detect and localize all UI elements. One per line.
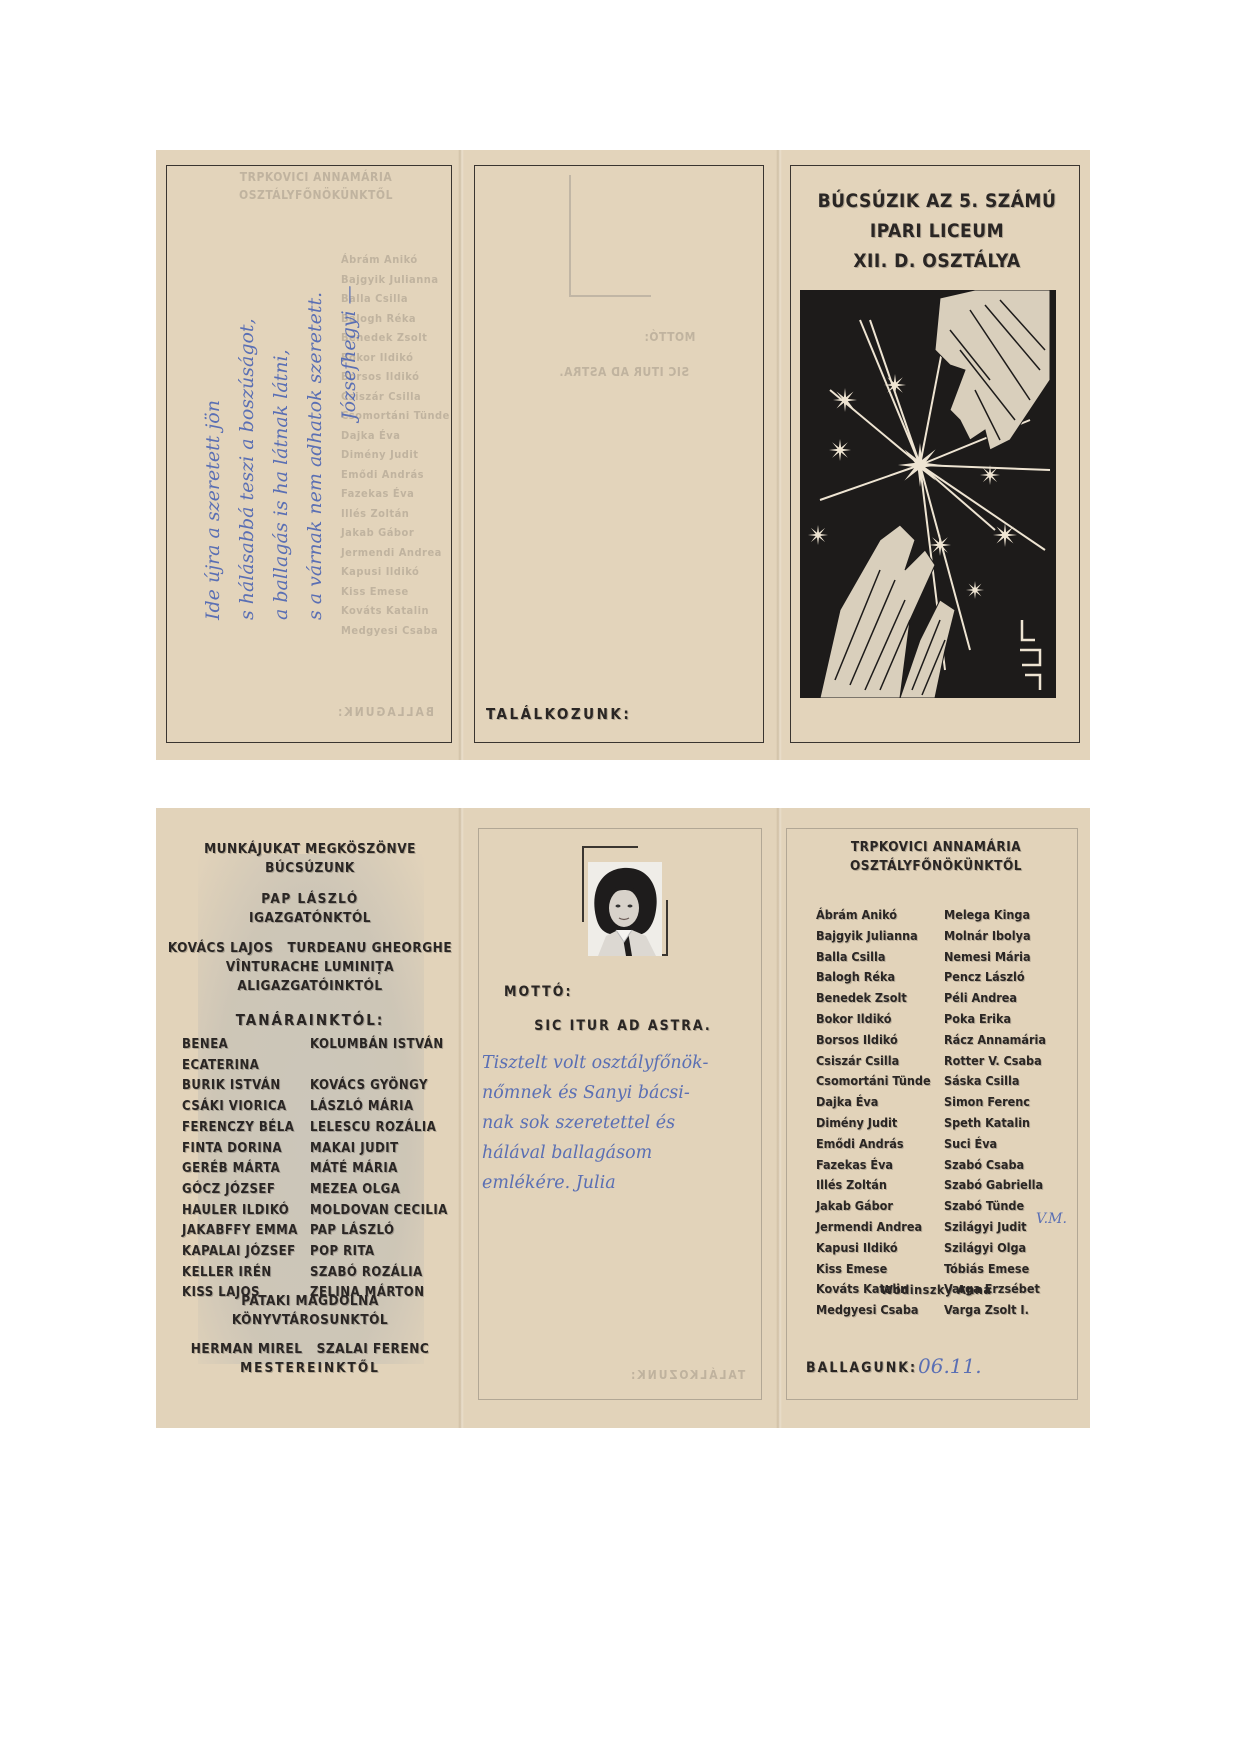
bleed-through-photo-frame bbox=[569, 175, 651, 297]
invitation-outside-scan: TRPKOVICI ANNAMÁRIA OSZTÁLYFŐNÖKÜNKTŐL Á… bbox=[156, 150, 1090, 760]
student-name: Kiss Emese bbox=[816, 1259, 944, 1280]
student-name: Speth Katalin bbox=[944, 1113, 1072, 1134]
teacher-name: LELESCU ROZÁLIA bbox=[310, 1118, 450, 1139]
bleed-through-motto-label: MOTTÓ: bbox=[644, 330, 695, 344]
teacher-name: FINTA DORINA bbox=[182, 1139, 310, 1160]
student-name: Balla Csilla bbox=[816, 947, 944, 968]
cover-title-line: BÚCSÚZIK AZ 5. SZÁMÚ bbox=[792, 186, 1082, 216]
student-name: Csiszár Csilla bbox=[816, 1051, 944, 1072]
masters-role: MESTEREINKTŐL bbox=[156, 1359, 464, 1378]
motto-label: MOTTÓ: bbox=[504, 984, 573, 1000]
student-name: Bajgyik Julianna bbox=[816, 926, 944, 947]
student-name: Emődi András bbox=[816, 1134, 944, 1155]
student-name: Jakab Gábor bbox=[816, 1196, 944, 1217]
stars-and-hands-icon bbox=[800, 290, 1056, 698]
student-name: Dajka Éva bbox=[816, 1092, 944, 1113]
librarian-name: PATAKI MAGDOLNA bbox=[156, 1292, 464, 1311]
portrait-photo-frame bbox=[582, 846, 668, 956]
bleed-through-footer: TALÁLKOZUNK: bbox=[629, 1368, 745, 1382]
handwritten-line: s a várnak nem adhatok szeretett. bbox=[298, 190, 332, 620]
head-teacher-name: TRPKOVICI ANNAMÁRIA bbox=[782, 838, 1090, 857]
handwritten-note: Ide újra a szeretett jön s hálásabbá tes… bbox=[196, 190, 366, 620]
student-name: Poka Erika bbox=[944, 1009, 1072, 1030]
student-name: Szabó Csaba bbox=[944, 1155, 1072, 1176]
teacher-name: FERENCZY BÉLA bbox=[182, 1118, 310, 1139]
handwritten-line: nőmnek és Sanyi bácsi- bbox=[482, 1078, 772, 1108]
teacher-name: HAULER ILDIKÓ bbox=[182, 1201, 310, 1222]
student-name: Illés Zoltán bbox=[816, 1175, 944, 1196]
student-name: Melega Kinga bbox=[944, 905, 1072, 926]
student-name: Csomortáni Tünde bbox=[816, 1071, 944, 1092]
last-student: Wodinszky Anna bbox=[782, 1282, 1090, 1297]
handwritten-line: nak sok szeretettel és bbox=[482, 1108, 772, 1138]
motto-text: SIC ITUR AD ASTRA. bbox=[464, 1018, 782, 1034]
ghost-line: TRPKOVICI ANNAMÁRIA bbox=[216, 168, 416, 186]
student-name: Jermendi Andrea bbox=[816, 1217, 944, 1238]
student-name: Nemesi Mária bbox=[944, 947, 1072, 968]
masters-names: HERMAN MIREL SZALAI FERENC bbox=[156, 1340, 464, 1359]
cover-title-line: XII. D. OSZTÁLYA bbox=[792, 246, 1082, 276]
handwritten-line: a ballagás is ha látnak látni, bbox=[264, 190, 298, 620]
teacher-name: KOVÁCS GYÖNGY bbox=[310, 1076, 450, 1097]
teacher-name: MAKAI JUDIT bbox=[310, 1139, 450, 1160]
portrait-icon bbox=[588, 862, 662, 956]
top-middle-panel: MOTTÓ: SIC ITUR AD ASTRA. TALÁLKOZUNK: bbox=[464, 150, 782, 760]
top-left-panel: TRPKOVICI ANNAMÁRIA OSZTÁLYFŐNÖKÜNKTŐL Á… bbox=[156, 150, 464, 760]
handwritten-line: Ide újra a szeretett jön bbox=[196, 190, 230, 620]
student-name: Fazekas Éva bbox=[816, 1155, 944, 1176]
cover-title: BÚCSÚZIK AZ 5. SZÁMÚ IPARI LICEUM XII. D… bbox=[792, 186, 1082, 276]
teachers-heading: TANÁRAINKTÓL: bbox=[156, 1011, 464, 1030]
student-name: Molnár Ibolya bbox=[944, 926, 1072, 947]
teacher-name: MEZEA OLGA bbox=[310, 1180, 450, 1201]
handwritten-line: s hálásabbá teszi a boszúságot, bbox=[230, 190, 264, 620]
meeting-label: TALÁLKOZUNK: bbox=[486, 705, 631, 723]
student-name: Szilágyi Olga bbox=[944, 1238, 1072, 1259]
student-name: Benedek Zsolt bbox=[816, 988, 944, 1009]
teacher-name: KAPALAI JÓZSEF bbox=[182, 1242, 310, 1263]
portrait-photo bbox=[588, 862, 662, 956]
deputy-role: ALIGAZGATÓINKTÓL bbox=[156, 977, 464, 996]
student-name: Balogh Réka bbox=[816, 967, 944, 988]
bottom-middle-panel: MOTTÓ: SIC ITUR AD ASTRA. Tisztelt volt … bbox=[464, 808, 782, 1428]
teacher-name: GERÉB MÁRTA bbox=[182, 1159, 310, 1180]
cover-title-line: IPARI LICEUM bbox=[792, 216, 1082, 246]
student-name: Varga Zsolt I. bbox=[944, 1300, 1072, 1321]
teacher-name: KELLER IRÉN bbox=[182, 1263, 310, 1284]
teacher-name: POP RITA bbox=[310, 1242, 450, 1263]
student-name: Sáska Csilla bbox=[944, 1071, 1072, 1092]
teacher-name: SZABÓ ROZÁLIA bbox=[310, 1263, 450, 1284]
handwritten-signature: Józsefhegyi — bbox=[332, 190, 366, 620]
head-teacher-role: OSZTÁLYFŐNÖKÜNKTŐL bbox=[782, 857, 1090, 876]
students-list: Ábrám AnikóMelega KingaBajgyik JuliannaM… bbox=[816, 905, 1076, 1321]
handwritten-line: hálával ballagásom bbox=[482, 1138, 772, 1168]
teacher-name: JAKABFFY EMMA bbox=[182, 1221, 310, 1242]
teachers-list: BENEA ECATERINAKOLUMBÁN ISTVÁNBURIK ISTV… bbox=[182, 1035, 452, 1304]
thanks-heading: MUNKÁJUKAT MEGKÖSZÖNVE BÚCSÚZUNK bbox=[156, 840, 464, 878]
top-right-panel: BÚCSÚZIK AZ 5. SZÁMÚ IPARI LICEUM XII. D… bbox=[782, 150, 1090, 760]
student-name: Suci Éva bbox=[944, 1134, 1072, 1155]
teacher-name: LÁSZLÓ MÁRIA bbox=[310, 1097, 450, 1118]
teacher-name: PAP LÁSZLÓ bbox=[310, 1221, 450, 1242]
deputy-names: KOVÁCS LAJOS TURDEANU GHEORGHE bbox=[156, 939, 464, 958]
librarian-role: KÖNYVTÁROSUNKTÓL bbox=[156, 1311, 464, 1330]
graduation-label: BALLAGUNK: bbox=[806, 1360, 917, 1376]
student-name: Péli Andrea bbox=[944, 988, 1072, 1009]
teacher-name: BENEA ECATERINA bbox=[182, 1035, 310, 1076]
student-name: Tóbiás Emese bbox=[944, 1259, 1072, 1280]
heading-line: BÚCSÚZUNK bbox=[156, 859, 464, 878]
teacher-name: MOLDOVAN CECILIA bbox=[310, 1201, 450, 1222]
handwritten-line: emlékére. Julia bbox=[482, 1168, 772, 1198]
director-name: PAP LÁSZLÓ bbox=[156, 890, 464, 909]
student-name: Dimény Judit bbox=[816, 1113, 944, 1134]
bottom-right-panel: TRPKOVICI ANNAMÁRIA OSZTÁLYFŐNÖKÜNKTŐL Á… bbox=[782, 808, 1090, 1428]
invitation-inside-scan: MUNKÁJUKAT MEGKÖSZÖNVE BÚCSÚZUNK PAP LÁS… bbox=[156, 808, 1090, 1428]
bottom-left-panel: MUNKÁJUKAT MEGKÖSZÖNVE BÚCSÚZUNK PAP LÁS… bbox=[156, 808, 464, 1428]
teacher-name: BURIK ISTVÁN bbox=[182, 1076, 310, 1097]
student-name: Rotter V. Csaba bbox=[944, 1051, 1072, 1072]
teacher-name: GÓCZ JÓZSEF bbox=[182, 1180, 310, 1201]
student-name: Rácz Annamária bbox=[944, 1030, 1072, 1051]
teacher-name: KOLUMBÁN ISTVÁN bbox=[310, 1035, 450, 1076]
director-role: IGAZGATÓNKTÓL bbox=[156, 909, 464, 928]
student-name: Borsos Ildikó bbox=[816, 1030, 944, 1051]
student-name: Szabó Gabriella bbox=[944, 1175, 1072, 1196]
student-name: Simon Ferenc bbox=[944, 1092, 1072, 1113]
teacher-name: CSÁKI VIORICA bbox=[182, 1097, 310, 1118]
handwritten-mark: V.M. bbox=[1036, 1211, 1067, 1227]
bleed-through-motto: SIC ITUR AD ASTRA. bbox=[524, 365, 724, 379]
teacher-name: MÁTÉ MÁRIA bbox=[310, 1159, 450, 1180]
head-teacher-heading: TRPKOVICI ANNAMÁRIA OSZTÁLYFŐNÖKÜNKTŐL bbox=[782, 838, 1090, 876]
student-name: Medgyesi Csaba bbox=[816, 1300, 944, 1321]
student-name: Ábrám Anikó bbox=[816, 905, 944, 926]
woodcut-illustration bbox=[800, 290, 1056, 698]
handwritten-graduation-date: 06.11. bbox=[918, 1354, 982, 1378]
student-name: Bokor Ildikó bbox=[816, 1009, 944, 1030]
bleed-through-footer: BALLAGUNK: bbox=[336, 705, 434, 719]
student-name: Pencz László bbox=[944, 967, 1072, 988]
heading-line: MUNKÁJUKAT MEGKÖSZÖNVE bbox=[156, 840, 464, 859]
handwritten-dedication: Tisztelt volt osztályfőnök- nőmnek és Sa… bbox=[482, 1048, 772, 1198]
deputy-names: VÎNTURACHE LUMINIȚA bbox=[156, 958, 464, 977]
student-name: Kapusi Ildikó bbox=[816, 1238, 944, 1259]
handwritten-line: Tisztelt volt osztályfőnök- bbox=[482, 1048, 772, 1078]
